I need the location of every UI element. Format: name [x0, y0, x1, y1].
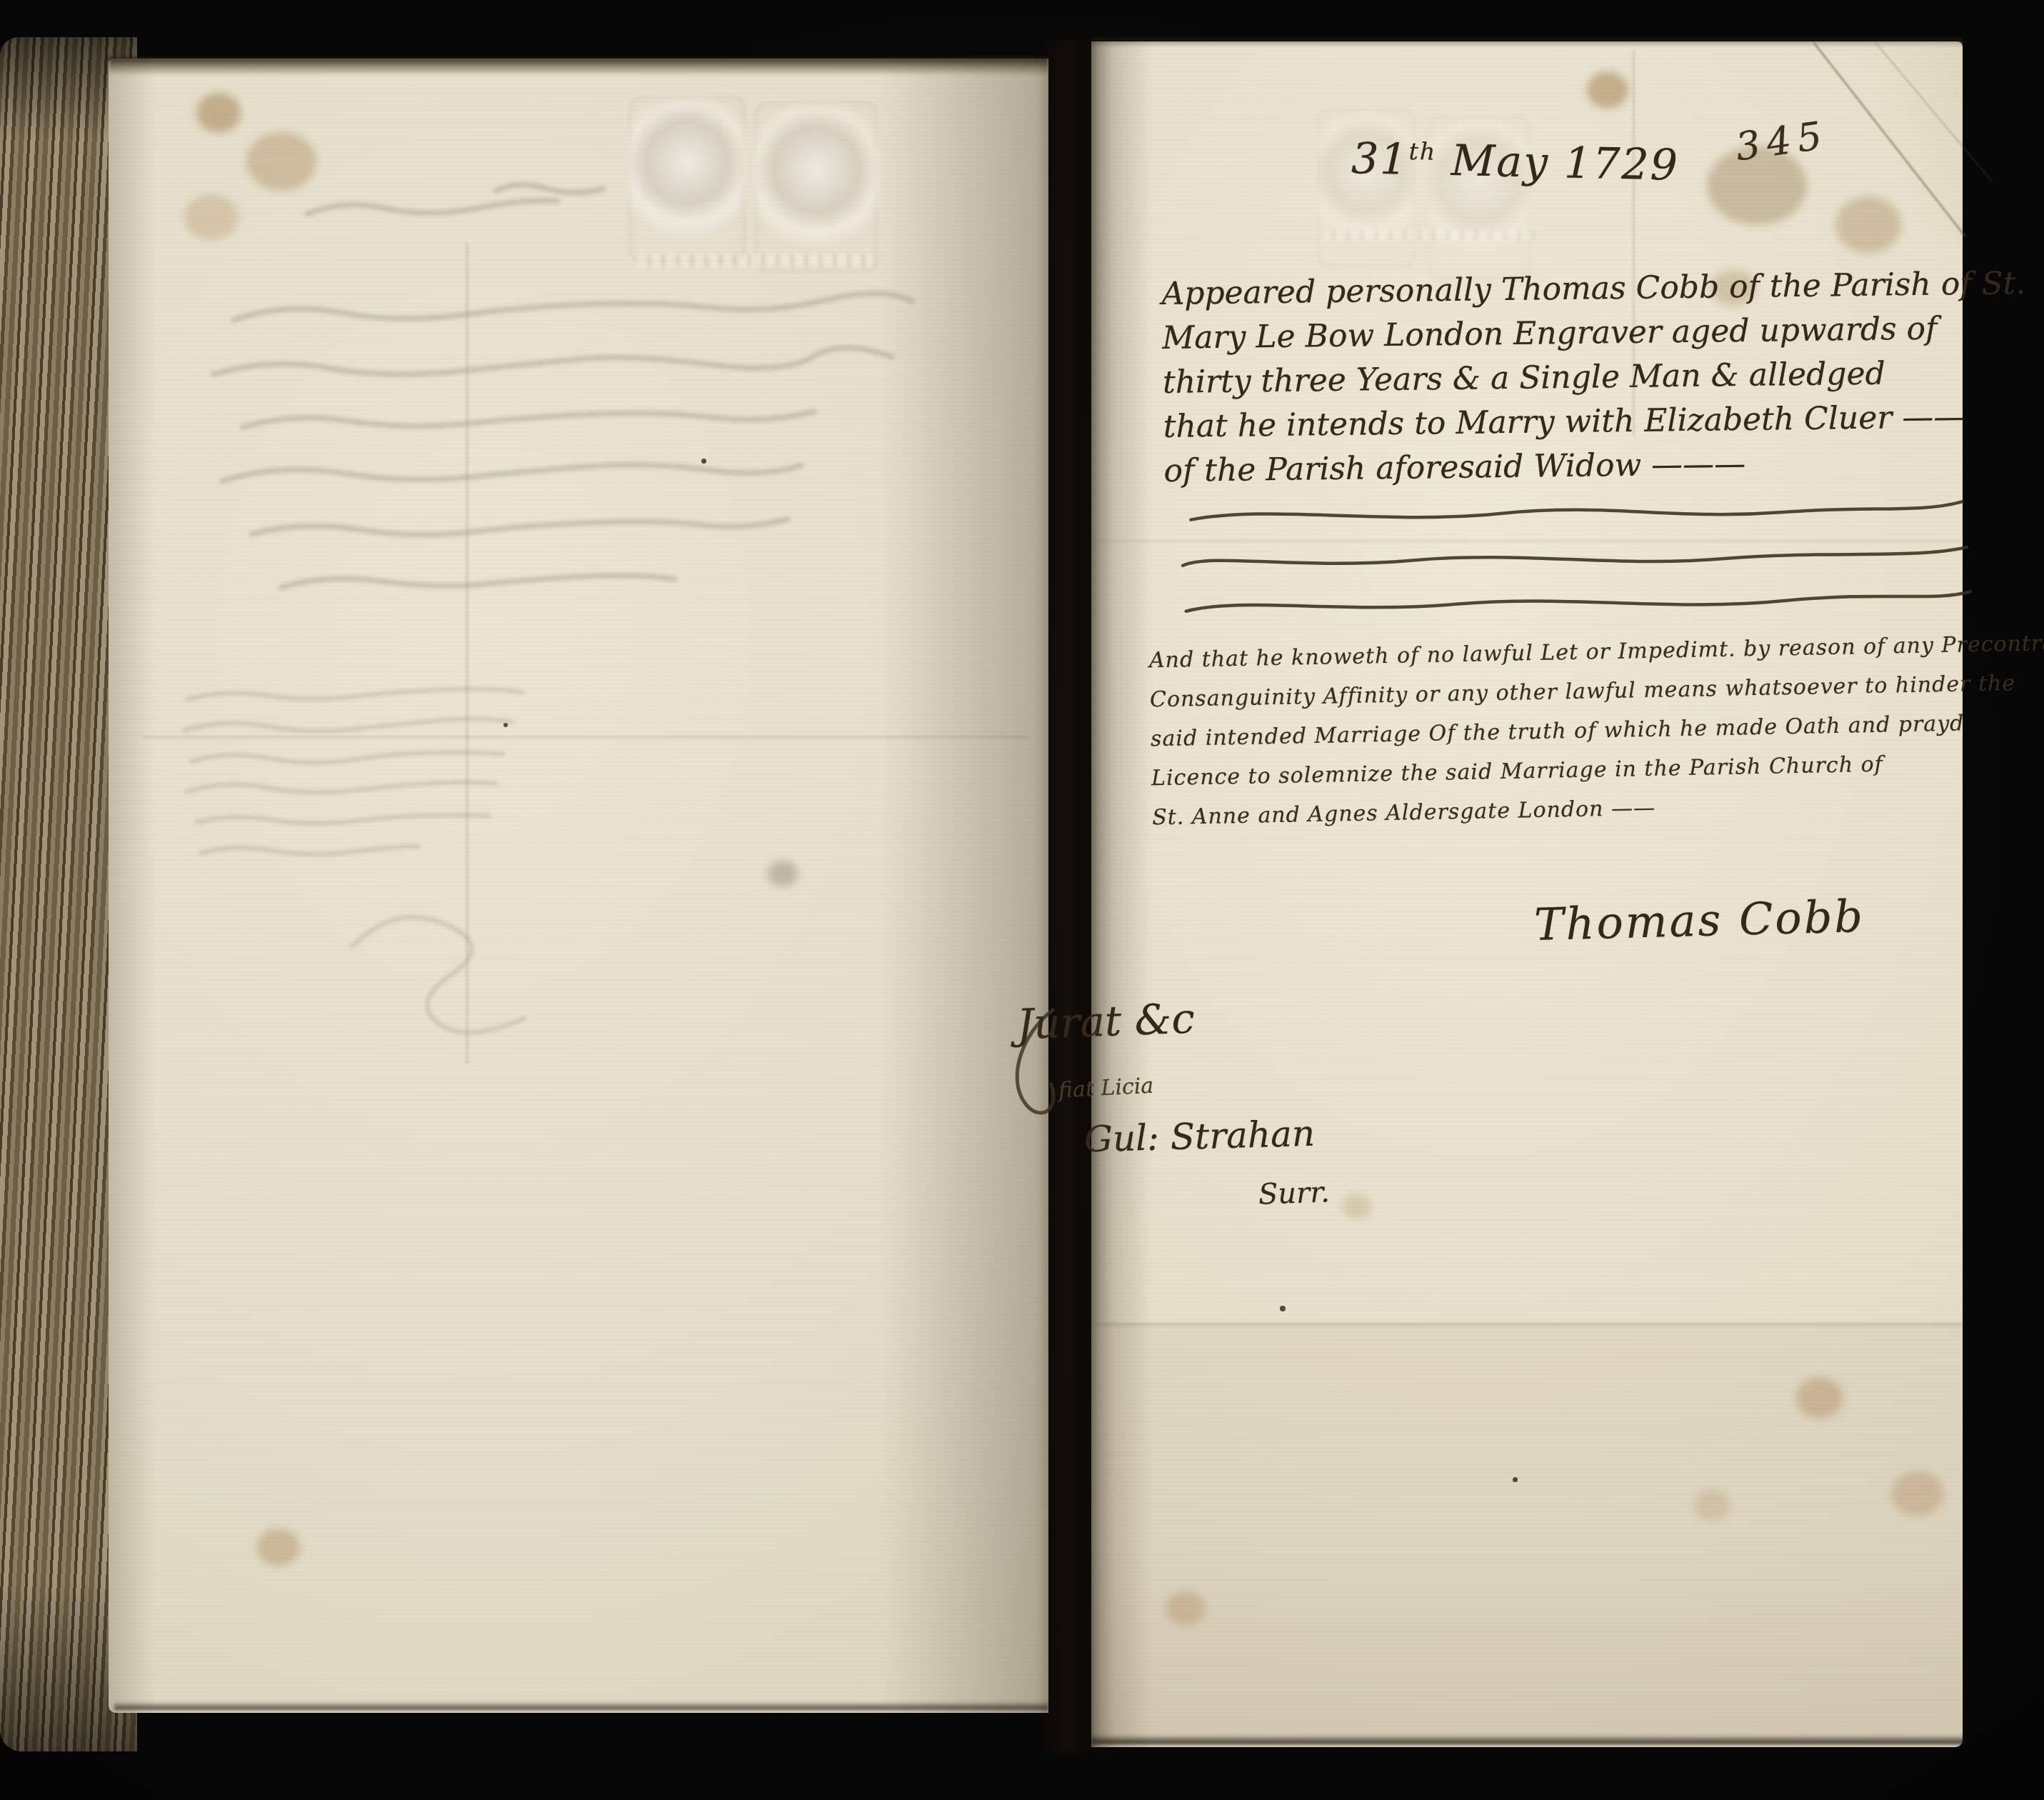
- left-page-scorched-top-edge: [109, 57, 1048, 76]
- surrogate-signature: Gul: Strahan: [1083, 1113, 1316, 1160]
- entry-date-day-suffix: th: [1408, 137, 1436, 166]
- entry-date: 31th May 1729: [1351, 134, 1679, 191]
- stain: [1166, 1591, 1206, 1626]
- stain: [1587, 71, 1628, 109]
- deponent-signature: Thomas Cobb: [1533, 890, 1865, 951]
- entry-date-rest: May 1729: [1451, 136, 1679, 191]
- ghost-showthrough-writing: [124, 160, 1033, 1090]
- stain: [196, 93, 241, 133]
- stain: [1343, 1194, 1371, 1219]
- entry-date-day: 31: [1351, 134, 1409, 185]
- embossed-duty-stamp: [1316, 107, 1417, 270]
- surrogate-title: Surr.: [1258, 1176, 1330, 1211]
- allegation-paragraph: Appeared personally Thomas Cobb of the P…: [1161, 262, 1971, 494]
- stain: [1796, 1377, 1843, 1419]
- speck: [1513, 1477, 1518, 1482]
- stain: [1891, 1471, 1944, 1516]
- ink-rule-lines: [1169, 489, 1985, 622]
- left-page-bottom-edge: [114, 1701, 1048, 1710]
- stain: [1835, 196, 1901, 254]
- embossed-stamp-caption: [1321, 230, 1535, 241]
- right-page-bottom-edge: [1091, 1734, 1966, 1744]
- stain: [257, 1529, 300, 1566]
- photographed-register-book: 31th May 1729 345 Appeared personally Th…: [0, 0, 2044, 1800]
- speck: [1280, 1306, 1286, 1311]
- fiat-licence-note: fiat Licia: [1058, 1074, 1154, 1104]
- oath-paragraph: And that he knoweth of no lawful Let or …: [1148, 625, 1995, 838]
- jurat-note: Jurat &c: [1016, 994, 1196, 1049]
- stain: [1694, 1489, 1730, 1521]
